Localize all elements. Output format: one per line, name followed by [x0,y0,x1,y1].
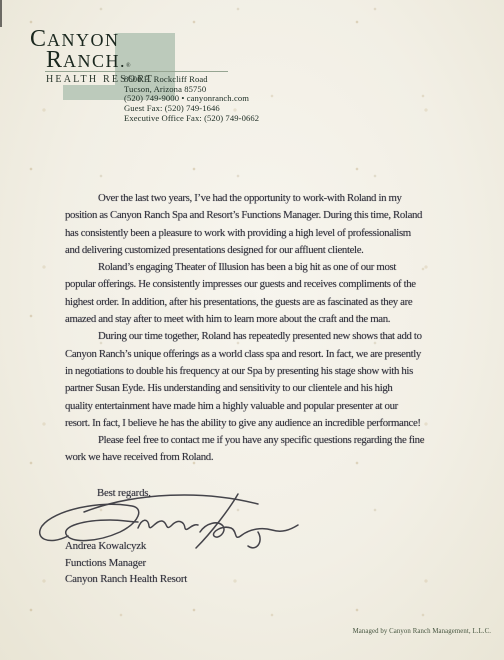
paragraph: Please feel free to contact me if you ha… [65,432,465,467]
letter-line: work we have received from Roland. [65,449,465,466]
signer-organization: Canyon Ranch Health Resort [65,571,187,588]
letter-line: Please feel free to contact me if you ha… [65,432,465,449]
letter-line: popular offerings. He consistently impre… [65,276,465,293]
paragraph: Over the last two years, I’ve had the op… [65,190,465,259]
managed-by-footer: Managed by Canyon Ranch Management, L.L.… [353,628,491,635]
letter-line: and delivering customized presentations … [65,242,465,259]
registered-trademark: ® [126,63,131,69]
letter-line: Canyon Ranch’s unique offerings as a wor… [65,346,465,363]
letter-line: in negotiations to double his frequency … [65,363,465,380]
letterhead-divider [45,71,228,72]
brand-initial: R [46,47,63,73]
letter-line: position as Canyon Ranch Spa and Resort’… [65,207,465,224]
letter-line: quality entertainment have made him a hi… [65,398,465,415]
scan-artifact [0,0,2,27]
signature-block: Andrea Kowalcyzk Functions Manager Canyo… [65,538,187,588]
letter-line: Roland’s engaging Theater of Illusion ha… [65,259,465,276]
letter-page: CANYON RANCH.® HEALTH RESORT 8600 E. Roc… [0,0,504,660]
letter-line: highest order. In addition, after his pr… [65,294,465,311]
letter-line: resort. In fact, I believe he has the ab… [65,415,465,432]
paragraph: During our time together, Roland has rep… [65,328,465,432]
address-line: Executive Office Fax: (520) 749-0662 [124,114,259,124]
letterhead-address-block: 8600 E. Rockcliff Road Tucson, Arizona 8… [124,75,259,124]
letter-line: During our time together, Roland has rep… [65,328,465,345]
letter-line: has consistently been a pleasure to work… [65,225,465,242]
brand-name-line2: RANCH.® [46,48,131,72]
letter-line: partner Susan Eyde. His understanding an… [65,380,465,397]
signer-name: Andrea Kowalcyzk [65,538,187,555]
paragraph: Roland’s engaging Theater of Illusion ha… [65,259,465,328]
signer-title: Functions Manager [65,555,187,572]
letter-body: Over the last two years, I’ve had the op… [65,190,465,467]
letter-line: amazed and stay after to meet with him t… [65,311,465,328]
letter-line: Over the last two years, I’ve had the op… [65,190,465,207]
brand-initial: C [30,26,47,52]
